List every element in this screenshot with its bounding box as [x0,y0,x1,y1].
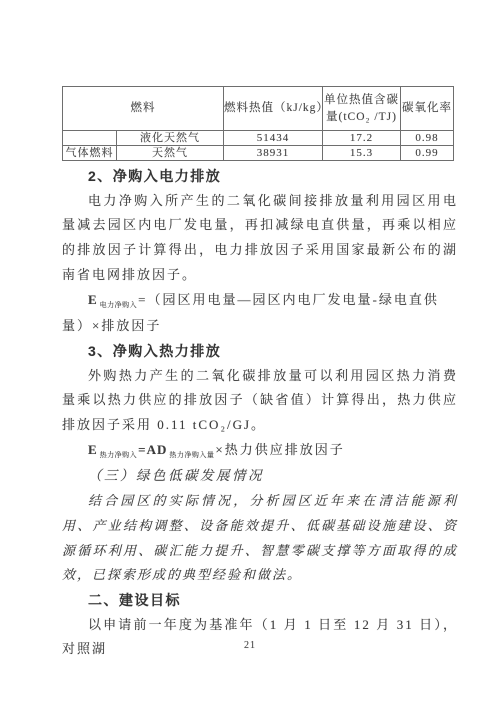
header-oxidation-rate: 碳氧化率 [401,87,454,131]
paragraph-electricity-emission: 电力净购入所产生的二氧化碳间接排放量利用园区用电量减去园区内电厂发电量，再扣减绿… [62,189,458,288]
cell-heat-value: 38931 [224,146,323,161]
cell-carbon-content: 17.2 [323,131,401,146]
header-carbon-content: 单位热值含碳 量(tCO₂ /TJ) [323,87,401,131]
formula-electricity-emission: E电力净购入=（园区用电量—园区内电厂发电量-绿电直供量）×排放因子 [62,288,458,339]
heading-construction-goals: 二、建设目标 [62,588,458,613]
heading-green-low-carbon-development: （三）绿色低碳发展情况 [62,464,458,489]
table-header-row: 燃料 燃料热值（kJ/kg） 单位热值含碳 量(tCO₂ /TJ) 碳氧化率 [63,87,454,131]
header-carbon-line2: 量(tCO₂ /TJ) [323,109,400,126]
cell-fuel-group [63,131,117,146]
paragraph-green-development: 结合园区的实际情况，分析园区近年来在清洁能源利用、产业结构调整、设备能效提升、低… [62,489,458,588]
cell-heat-value: 51434 [224,131,323,146]
page-number: 21 [0,640,500,651]
formula-subscript: 热力净购入 [100,451,138,459]
formula-variable-ad: =AD [138,442,167,457]
document-page: 燃料 燃料热值（kJ/kg） 单位热值含碳 量(tCO₂ /TJ) 碳氧化率 液… [0,0,500,707]
heading-net-purchased-electricity: 2、净购入电力排放 [62,164,458,189]
formula-variable-e: E [88,442,98,457]
formula-heat-emission: E热力净购入=AD热力净购入量×热力供应排放因子 [62,438,458,465]
text-flow: 2、净购入电力排放 电力净购入所产生的二氧化碳间接排放量利用园区用电量减去园区内… [62,164,458,662]
paragraph-baseline-year: 以申请前一年度为基准年（1 月 1 日至 12 月 31 日），对照湖 [62,613,458,662]
formula-subscript: 热力净购入量 [169,451,214,459]
header-heat-value: 燃料热值（kJ/kg） [224,87,323,131]
page-content: 燃料 燃料热值（kJ/kg） 单位热值含碳 量(tCO₂ /TJ) 碳氧化率 液… [62,86,458,662]
formula-subscript: 电力净购入 [100,301,138,309]
heading-net-purchased-heat: 3、净购入热力排放 [62,339,458,364]
header-fuel: 燃料 [63,87,224,131]
fuel-emission-factor-table: 燃料 燃料热值（kJ/kg） 单位热值含碳 量(tCO₂ /TJ) 碳氧化率 液… [62,86,454,161]
formula-expression: ×热力供应排放因子 [215,442,344,457]
cell-oxidation-rate: 0.99 [401,146,454,161]
header-carbon-line1: 单位热值含碳 [323,92,400,109]
cell-fuel-name: 液化天然气 [117,131,224,146]
cell-fuel-group: 气体燃料 [63,146,117,161]
table-row: 液化天然气 51434 17.2 0.98 [63,131,454,146]
paragraph-heat-emission: 外购热力产生的二氧化碳排放量可以利用园区热力消费量乘以热力供应的排放因子（缺省值… [62,364,458,438]
formula-variable-e: E [88,292,98,307]
formula-expression: =（园区用电量—园区内电厂发电量-绿电直供量）×排放因子 [62,292,439,334]
cell-fuel-name: 天然气 [117,146,224,161]
cell-oxidation-rate: 0.98 [401,131,454,146]
table-row: 气体燃料 天然气 38931 15.3 0.99 [63,146,454,161]
cell-carbon-content: 15.3 [323,146,401,161]
